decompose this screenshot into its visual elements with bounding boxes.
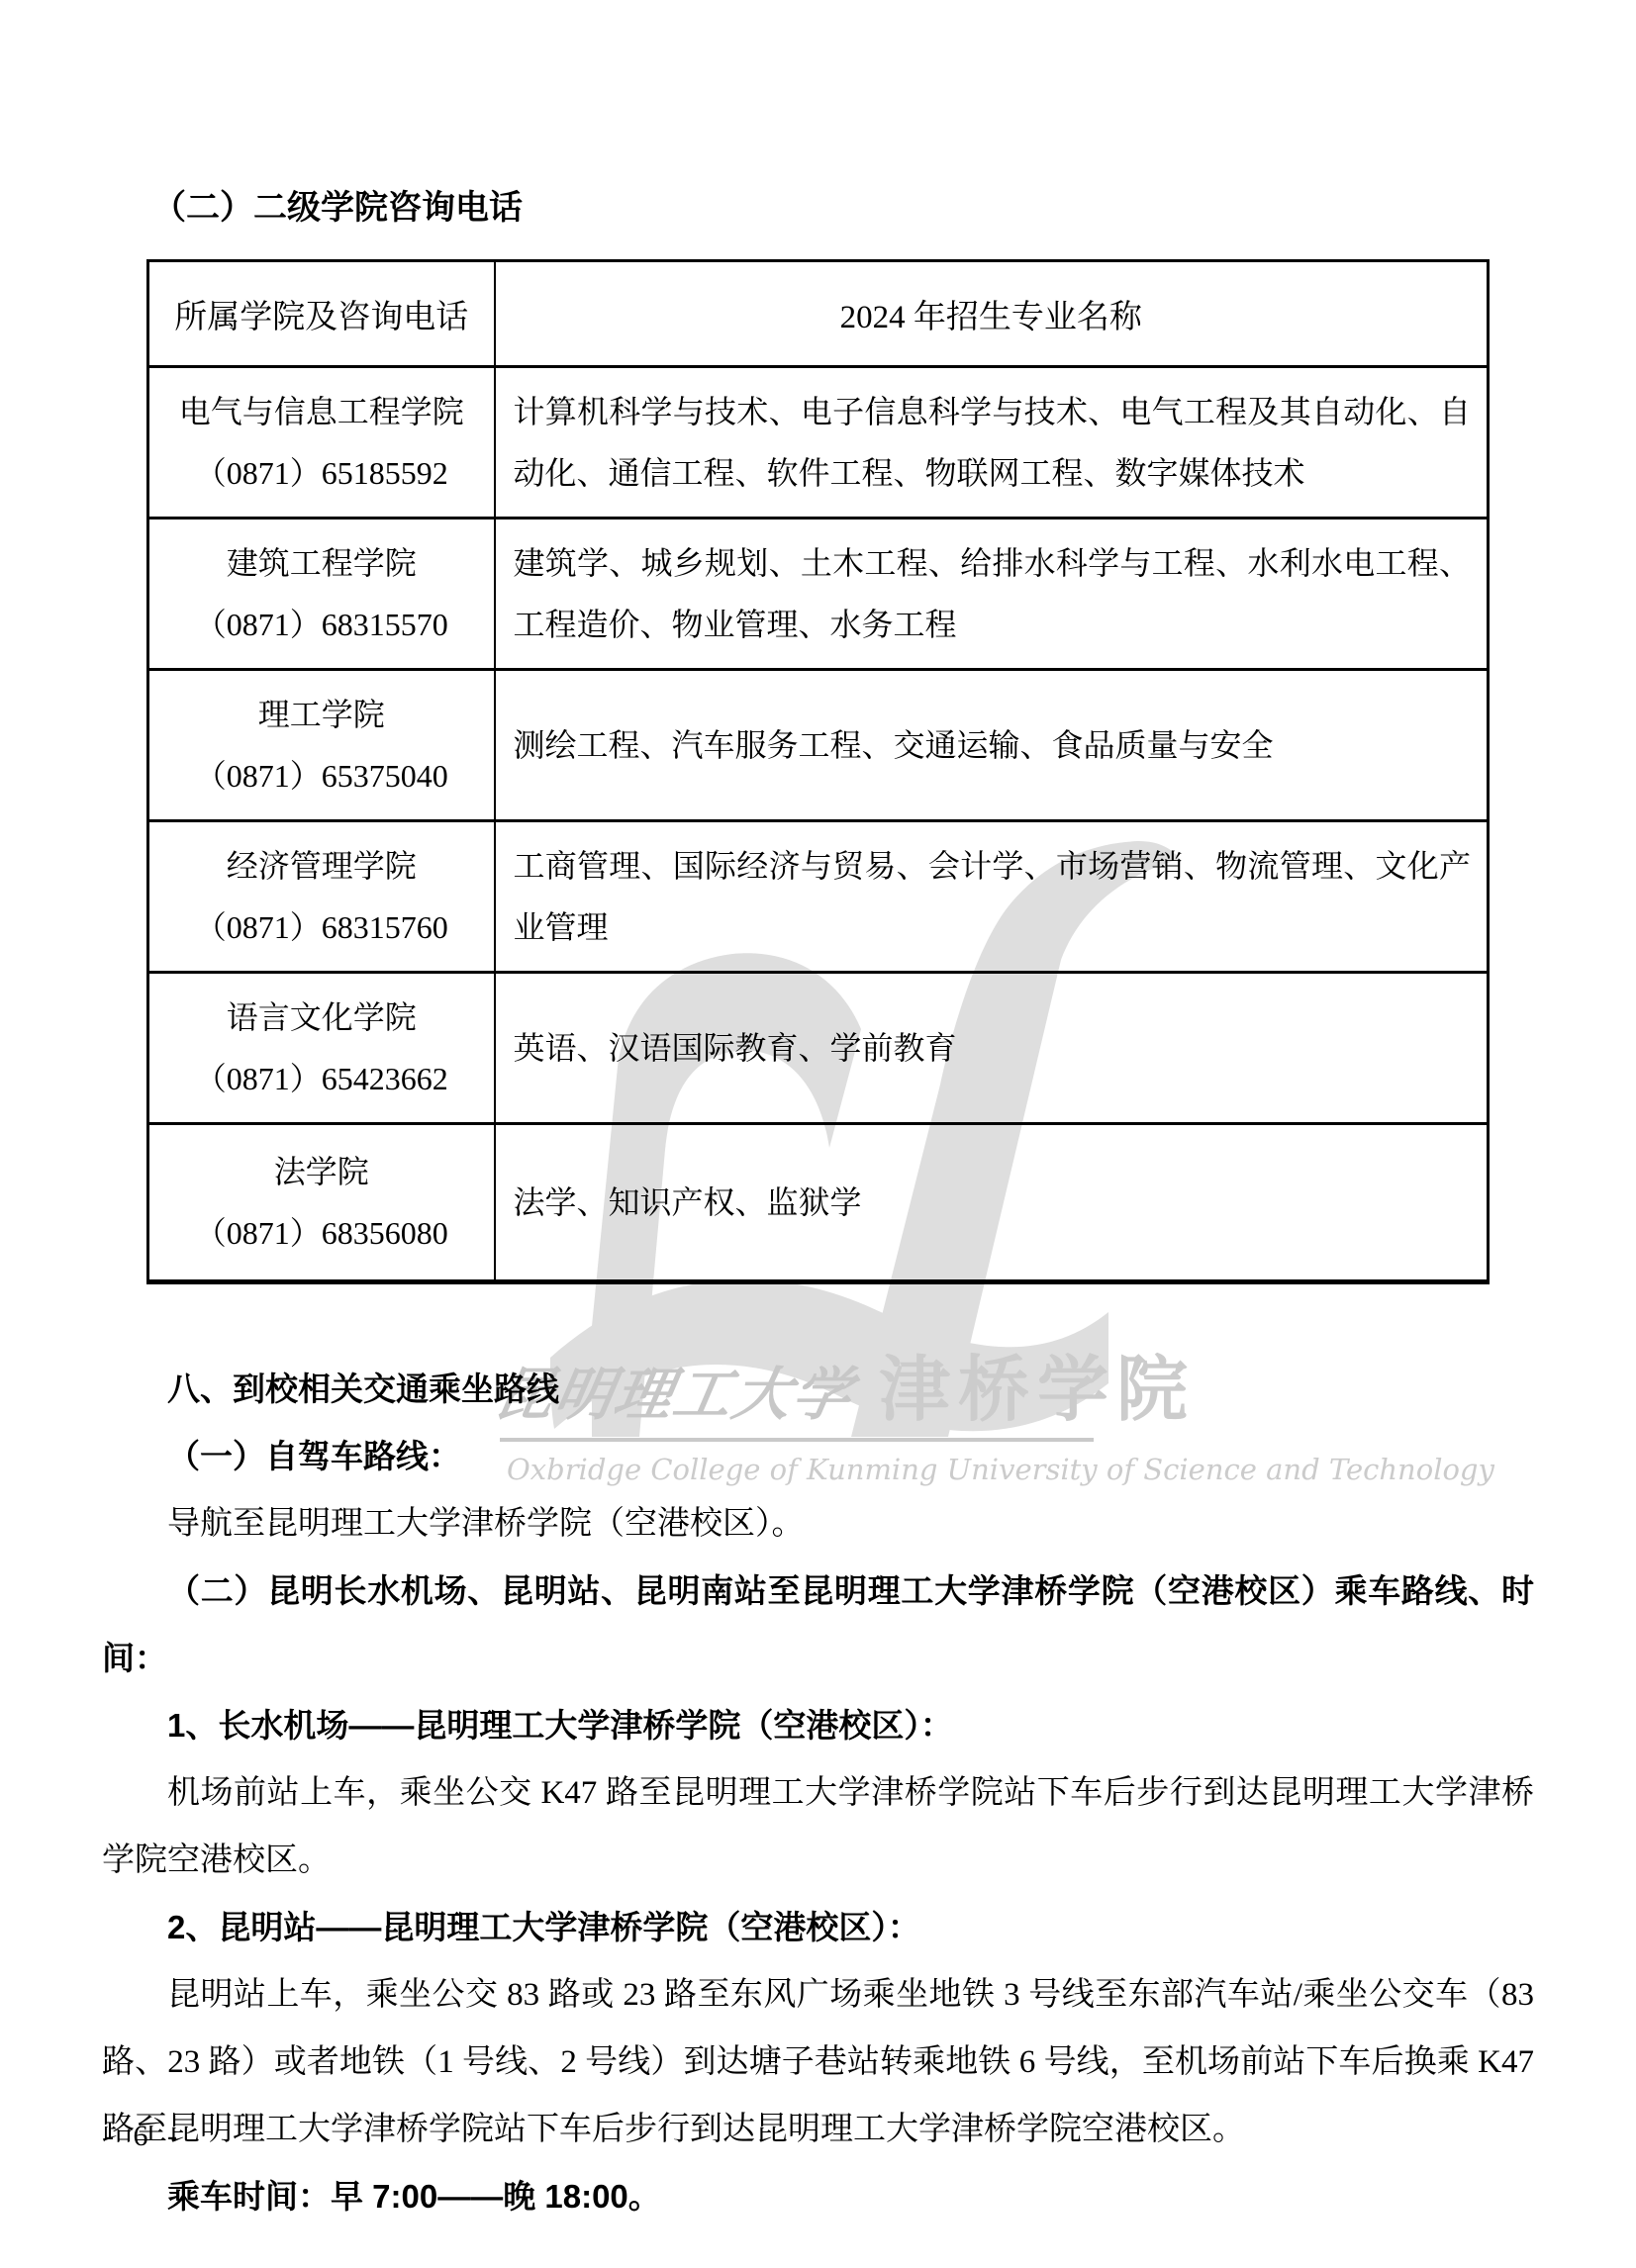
route1-heading: 1、长水机场——昆明理工大学津桥学院（空港校区）：	[102, 1692, 1534, 1759]
college-cell: 法学院 （0871）68356080	[148, 1124, 495, 1282]
table-row: 电气与信息工程学院 （0871）65185592 计算机科学与技术、电子信息科学…	[148, 367, 1489, 519]
table-header-row: 所属学院及咨询电话 2024 年招生专业名称	[148, 261, 1489, 367]
majors-cell: 测绘工程、汽车服务工程、交通运输、食品质量与安全	[495, 670, 1489, 821]
table-body: 电气与信息工程学院 （0871）65185592 计算机科学与技术、电子信息科学…	[148, 367, 1489, 1282]
college-cell: 电气与信息工程学院 （0871）65185592	[148, 367, 495, 519]
page-content: （二）二级学院咨询电话 所属学院及咨询电话 2024 年招生专业名称 电气与信息…	[0, 0, 1636, 2268]
self-drive-text: 导航至昆明理工大学津桥学院（空港校区）。	[102, 1490, 1534, 1558]
college-phone: （0871）65375040	[150, 745, 493, 806]
majors-cell: 法学、知识产权、监狱学	[495, 1124, 1489, 1282]
colleges-table: 所属学院及咨询电话 2024 年招生专业名称 电气与信息工程学院 （0871）6…	[146, 259, 1490, 1284]
table-row: 理工学院 （0871）65375040 测绘工程、汽车服务工程、交通运输、食品质…	[148, 670, 1489, 821]
table-row: 法学院 （0871）68356080 法学、知识产权、监狱学	[148, 1124, 1489, 1282]
page-number: - 6 -	[104, 2120, 183, 2153]
colleges-table-wrapper: 所属学院及咨询电话 2024 年招生专业名称 电气与信息工程学院 （0871）6…	[146, 259, 1490, 1284]
header-majors: 2024 年招生专业名称	[495, 261, 1489, 367]
college-name: 建筑工程学院	[150, 532, 493, 594]
table-row: 建筑工程学院 （0871）68315570 建筑学、城乡规划、土木工程、给排水科…	[148, 519, 1489, 670]
majors-cell: 英语、汉语国际教育、学前教育	[495, 973, 1489, 1124]
route2-heading: 2、昆明站——昆明理工大学津桥学院（空港校区）：	[102, 1894, 1534, 1961]
schedule-text: 乘车时间：早 7:00——晚 18:00。	[102, 2163, 1534, 2230]
college-phone: （0871）68315570	[150, 594, 493, 655]
transport-heading: 八、到校相关交通乘坐路线	[102, 1356, 1534, 1423]
route1-text: 机场前站上车，乘坐公交 K47 路至昆明理工大学津桥学院站下车后步行到达昆明理工…	[102, 1759, 1534, 1894]
college-cell: 理工学院 （0871）65375040	[148, 670, 495, 821]
college-phone: （0871）65423662	[150, 1048, 493, 1109]
table-row: 语言文化学院 （0871）65423662 英语、汉语国际教育、学前教育	[148, 973, 1489, 1124]
majors-cell: 建筑学、城乡规划、土木工程、给排水科学与工程、水利水电工程、工程造价、物业管理、…	[495, 519, 1489, 670]
document-page: { "page": { "section_heading": "（二）二级学院咨…	[0, 0, 1636, 2268]
header-college-phone: 所属学院及咨询电话	[148, 261, 495, 367]
college-name: 法学院	[150, 1141, 493, 1202]
college-phone: （0871）68315760	[150, 897, 493, 958]
route2-text: 昆明站上车，乘坐公交 83 路或 23 路至东风广场乘坐地铁 3 号线至东部汽车…	[102, 1961, 1534, 2163]
college-cell: 经济管理学院 （0871）68315760	[148, 821, 495, 973]
college-cell: 语言文化学院 （0871）65423662	[148, 973, 495, 1124]
college-name: 电气与信息工程学院	[150, 381, 493, 442]
college-name: 理工学院	[150, 684, 493, 745]
college-name: 语言文化学院	[150, 987, 493, 1048]
majors-cell: 计算机科学与技术、电子信息科学与技术、电气工程及其自动化、自动化、通信工程、软件…	[495, 367, 1489, 519]
transport-section: 八、到校相关交通乘坐路线 （一）自驾车路线： 导航至昆明理工大学津桥学院（空港校…	[102, 1356, 1534, 2230]
section-heading: （二）二级学院咨询电话	[102, 184, 1534, 232]
table-row: 经济管理学院 （0871）68315760 工商管理、国际经济与贸易、会计学、市…	[148, 821, 1489, 973]
college-name: 经济管理学院	[150, 835, 493, 897]
bus-routes-heading: （二）昆明长水机场、昆明站、昆明南站至昆明理工大学津桥学院（空港校区）乘车路线、…	[102, 1558, 1534, 1692]
college-phone: （0871）65185592	[150, 442, 493, 504]
majors-cell: 工商管理、国际经济与贸易、会计学、市场营销、物流管理、文化产业管理	[495, 821, 1489, 973]
self-drive-heading: （一）自驾车路线：	[102, 1423, 1534, 1490]
college-cell: 建筑工程学院 （0871）68315570	[148, 519, 495, 670]
college-phone: （0871）68356080	[150, 1202, 493, 1264]
